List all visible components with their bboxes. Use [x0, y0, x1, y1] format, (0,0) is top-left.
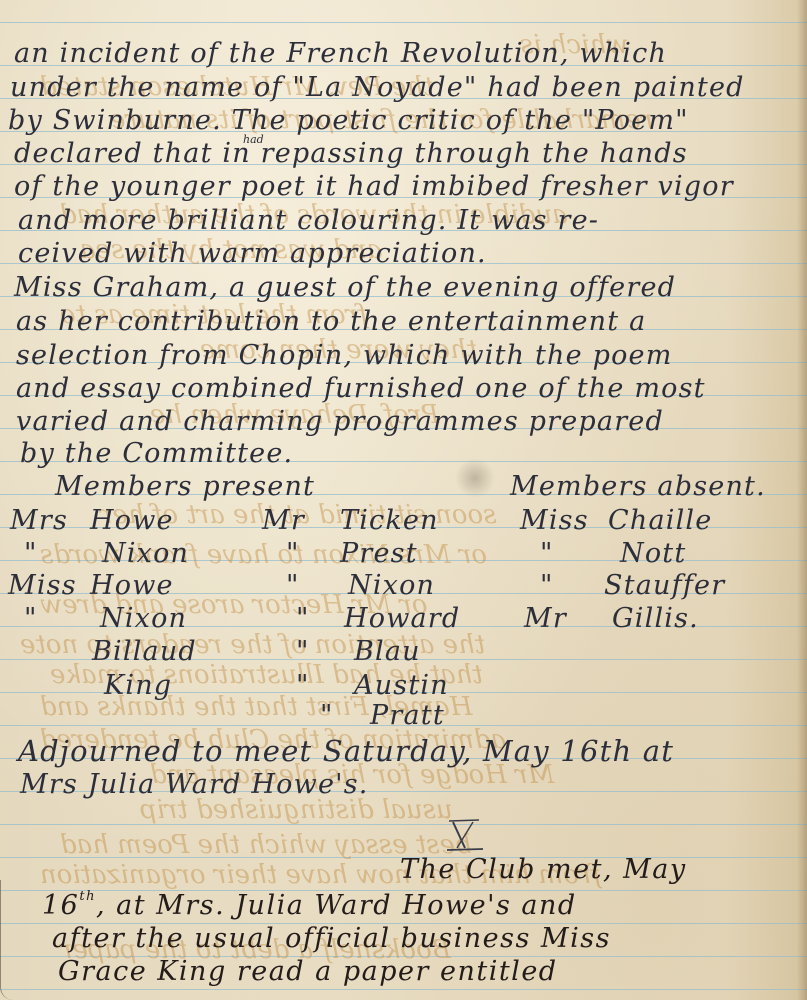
- minutes-line: under the name of "La Noyade" had been p…: [10, 74, 745, 101]
- roman-numeral-icon: [445, 818, 485, 854]
- next-meeting-line: Grace King read a paper entitled: [58, 958, 558, 985]
- member-title: ": [320, 702, 334, 729]
- date-suffix: th: [79, 889, 96, 904]
- member-name: Stauffer: [604, 572, 725, 599]
- minutes-line: and essay combined furnished one of the …: [16, 375, 706, 402]
- minutes-line: and more brilliant colouring. It was re-: [18, 207, 599, 234]
- member-name: Chaille: [608, 507, 712, 534]
- minutes-line: by the Committee.: [20, 440, 293, 467]
- manuscript-page: which is the Rev. Mr Hutcheson stated re…: [0, 0, 807, 1000]
- minutes-line: as her contribution to the entertainment…: [16, 308, 646, 335]
- member-name: Nott: [620, 540, 686, 567]
- member-name: Nixon: [100, 605, 187, 632]
- minutes-line: ceived with warm appreciation.: [18, 240, 487, 267]
- next-meeting-line: 16th, at Mrs. Julia Ward Howe's and: [42, 890, 577, 919]
- minutes-line: varied and charming programmes prepared: [16, 408, 664, 435]
- member-title: ": [296, 605, 310, 632]
- member-name: King: [104, 672, 172, 699]
- member-title: Mr: [524, 605, 567, 632]
- next-meeting-line: The Club met, May: [400, 856, 687, 883]
- date-number: 16: [42, 890, 79, 921]
- member-name: Howe: [90, 507, 174, 534]
- ink-blot: [455, 458, 495, 498]
- member-title: Mr: [262, 507, 305, 534]
- adjournment-line: Adjourned to meet Saturday, May 16th at: [18, 737, 674, 766]
- minutes-line: an incident of the French Revolution, wh…: [14, 40, 667, 67]
- member-title: Miss: [8, 572, 77, 599]
- minutes-line: by Swinburne. The poetic critic of the "…: [8, 107, 689, 134]
- minutes-line: of the younger poet it had imbibed fresh…: [14, 173, 734, 200]
- member-title: Miss: [520, 507, 589, 534]
- member-name: Billaud: [92, 638, 197, 665]
- member-name: Pratt: [370, 702, 445, 729]
- member-title: ": [540, 572, 554, 599]
- member-name: Howard: [344, 605, 460, 632]
- member-title: ": [286, 572, 300, 599]
- next-meeting-line: after the usual official business Miss: [52, 925, 611, 952]
- minutes-line: selection from Chopin, which with the po…: [16, 342, 673, 369]
- minutes-line: declared that in repassing through the h…: [14, 140, 688, 167]
- member-name: Blau: [354, 638, 421, 665]
- insertion-mark: had: [243, 133, 264, 146]
- member-name: Gillis.: [612, 605, 699, 632]
- member-title: ": [286, 540, 300, 567]
- member-name: Prest: [340, 540, 418, 567]
- member-title: ": [540, 540, 554, 567]
- member-name: Austin: [354, 672, 449, 699]
- member-title: ": [24, 605, 38, 632]
- members-absent-heading: Members absent.: [510, 473, 766, 500]
- adjournment-line: Mrs Julia Ward Howe's.: [20, 771, 369, 798]
- members-present-heading: Members present: [55, 473, 315, 500]
- member-name: Howe: [90, 572, 174, 599]
- member-title: Mrs: [10, 507, 68, 534]
- page-spine-edge: [797, 0, 807, 1000]
- member-title: ": [24, 540, 38, 567]
- page-corner-edge: [0, 880, 13, 1000]
- section-marker: [445, 818, 485, 854]
- member-name: Nixon: [102, 540, 189, 567]
- member-title: ": [296, 638, 310, 665]
- member-title: ": [296, 672, 310, 699]
- member-name: Nixon: [348, 572, 435, 599]
- next-meeting-text: , at Mrs. Julia Ward Howe's and: [96, 890, 577, 921]
- member-name: Ticken: [340, 507, 439, 534]
- minutes-line: Miss Graham, a guest of the evening offe…: [14, 274, 676, 301]
